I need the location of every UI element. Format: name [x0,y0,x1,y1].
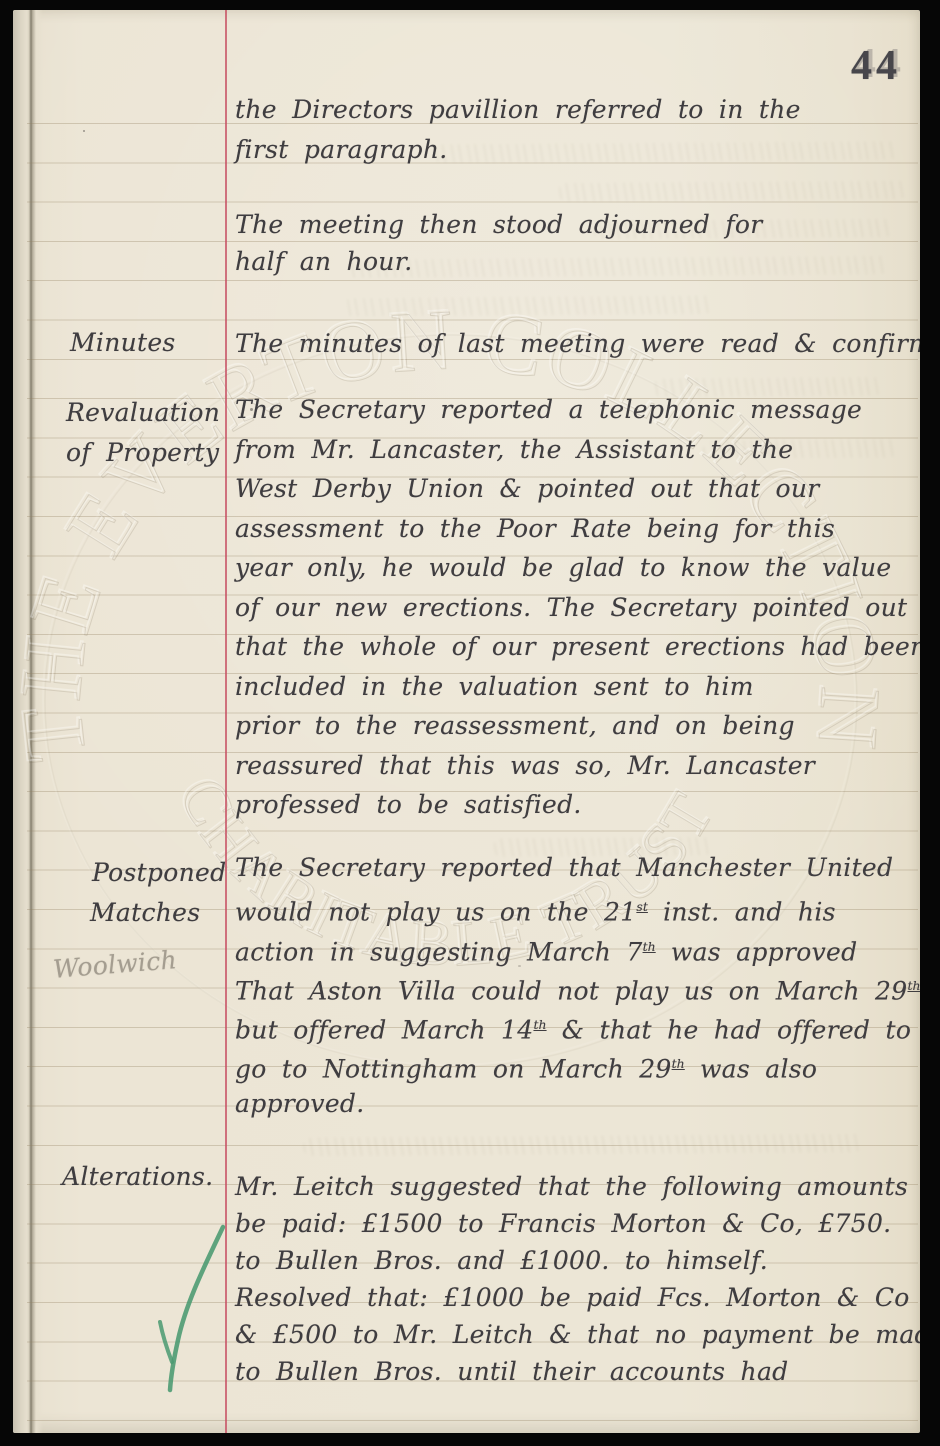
minute-paragraph-adjournment: The meeting then stood adjourned forhalf… [235,206,916,280]
handwritten-line: prior to the reassessment, and on being [235,706,916,746]
handwritten-line: reassured that this was so, Mr. Lancaste… [235,746,916,786]
handwritten-line: half an hour. [235,243,916,280]
handwritten-line: of our new erections. The Secretary poin… [235,588,916,628]
margin-heading-minutes: Minutes [70,328,176,358]
minute-paragraph-postponed: The Secretary reported that Manchester U… [235,848,916,1123]
binding-edge [13,10,43,1433]
handwritten-line: to Bullen Bros. and £1000. to himself. [235,1242,916,1279]
margin-heading-alterations: Alterations. [62,1162,213,1192]
margin-heading-matches: Matches [90,898,200,928]
minute-paragraph-revaluation: The Secretary reported a telephonic mess… [235,390,916,825]
showthrough-smudge [303,1134,863,1156]
minute-paragraph-continuation: the Directors pavillion referred to in t… [235,90,916,169]
ink-speck [83,130,85,132]
handwritten-line: be paid: £1500 to Francis Morton & Co, £… [235,1205,916,1242]
handwritten-line: that the whole of our present erections … [235,627,916,667]
handwritten-line: The minutes of last meeting were read & … [235,324,916,363]
handwritten-line: approved. [235,1084,916,1123]
page-number: 44 [851,42,901,90]
handwritten-line: That Aston Villa could not play us on Ma… [235,966,916,1005]
ledger-page: THE EVERTON COLLECTION THE EVERTON COLLE… [13,10,920,1433]
minute-paragraph-minutes: The minutes of last meeting were read & … [235,324,916,363]
handwritten-line: year only, he would be glad to know the … [235,548,916,588]
margin-heading-of-property: of Property [66,438,219,468]
handwritten-line: Resolved that: £1000 be paid Fcs. Morton… [235,1279,916,1316]
handwritten-line: West Derby Union & pointed out that our [235,469,916,509]
handwritten-line: The Secretary reported that Manchester U… [235,848,916,887]
showthrough-smudge [558,181,908,201]
margin-heading-revaluation: Revaluation [66,398,220,428]
handwritten-line: The Secretary reported a telephonic mess… [235,390,916,430]
scan-background: { "page": { "number": "44" }, "watermark… [0,0,940,1446]
handwritten-line: would not play us on the 21st inst. and … [235,887,916,926]
handwritten-line: but offered March 14th & that he had off… [235,1005,916,1044]
margin-heading-postponed: Postponed [92,858,226,888]
handwritten-line: included in the valuation sent to him [235,667,916,707]
handwritten-line: & £500 to Mr. Leitch & that no payment b… [235,1316,916,1353]
green-check-mark [153,1215,243,1405]
handwritten-line: from Mr. Lancaster, the Assistant to the [235,430,916,470]
handwritten-line: Mr. Leitch suggested that the following … [235,1168,916,1205]
handwritten-line: professed to be satisfied. [235,785,916,825]
showthrough-smudge [343,296,713,317]
handwritten-line: to Bullen Bros. until their accounts had [235,1353,916,1390]
handwritten-line: first paragraph. [235,130,916,170]
minute-paragraph-alterations: Mr. Leitch suggested that the following … [235,1168,916,1390]
handwritten-line: go to Nottingham on March 29th was also [235,1044,916,1083]
handwritten-line: the Directors pavillion referred to in t… [235,90,916,130]
ink-speck [518,965,521,967]
ink-speck [250,408,253,411]
handwritten-line: The meeting then stood adjourned for [235,206,916,243]
pencil-note-woolwich: Woolwich [52,945,178,985]
handwritten-line: assessment to the Poor Rate being for th… [235,509,916,549]
handwritten-line: action in suggesting March 7th was appro… [235,927,916,966]
